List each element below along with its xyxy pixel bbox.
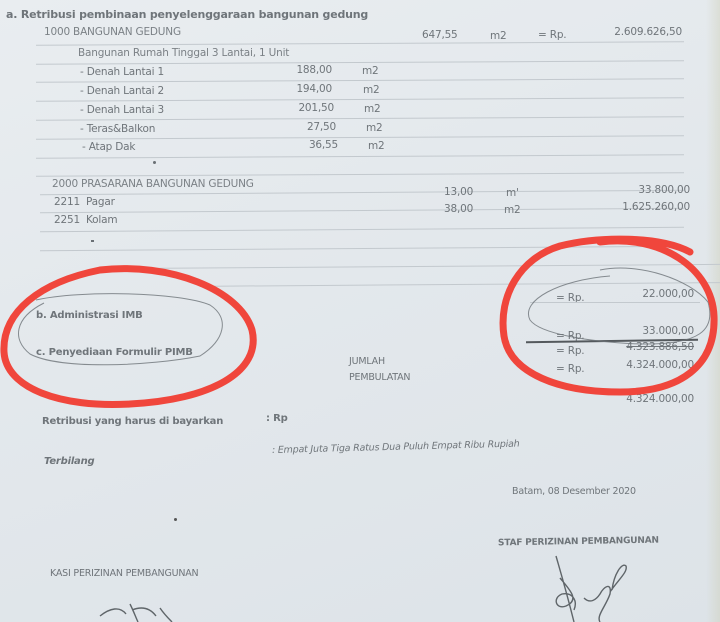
right-signatory-title: STAF PERIZINAN PEMBANGUNAN — [498, 536, 659, 549]
jumlah-eq: = Rp. — [556, 345, 584, 357]
group-1000-unit: m2 — [490, 30, 507, 42]
row-divider — [40, 227, 684, 232]
left-signatory-title: KASI PERIZINAN PEMBANGUNAN — [50, 568, 198, 579]
section-b-label: b. Administrasi IMB — [36, 310, 143, 321]
retribusi-label: Retribusi yang harus di bayarkan — [42, 416, 223, 427]
red-circle-left — [4, 269, 253, 405]
item-area: 36,55 — [288, 139, 338, 151]
row-divider — [36, 154, 684, 158]
row-divider — [36, 135, 684, 139]
signature-right — [556, 556, 626, 622]
item-unit: m2 — [364, 103, 381, 115]
ink-dot — [91, 240, 94, 242]
group-2000-label: 2000 PRASARANA BANGUNAN GEDUNG — [52, 178, 254, 190]
section-c-label: c. Penyediaan Formulir PIMB — [36, 347, 193, 358]
item-area: 194,00 — [282, 83, 332, 95]
item-label: - Denah Lantai 1 — [80, 66, 164, 78]
group-1000-eq: = Rp. — [538, 29, 566, 41]
retribusi-value: : Rp — [266, 413, 288, 424]
payable-amount-handwritten: 4.324.000,00 — [604, 393, 694, 405]
item-unit: m2 — [362, 65, 379, 77]
place-date: Batam, 08 Desember 2020 — [512, 486, 636, 497]
group-1000-amount: 2.609.626,50 — [590, 26, 682, 38]
row-divider — [200, 282, 720, 287]
terbilang-value: : Empat Juta Tiga Ratus Dua Puluh Empat … — [272, 439, 520, 456]
item-label: Pagar — [86, 196, 115, 208]
section-a-heading: a. Retribusi pembinaan penyelenggaraan b… — [6, 8, 368, 21]
row-divider — [120, 264, 720, 269]
row-divider — [36, 172, 684, 176]
jumlah-label: JUMLAH — [349, 356, 385, 367]
row-divider — [36, 41, 684, 45]
item-area: 27,50 — [286, 121, 336, 133]
row-divider — [36, 78, 684, 82]
ink-dot — [174, 518, 177, 521]
group-1000-subtitle: Bangunan Rumah Tinggal 3 Lantai, 1 Unit — [78, 47, 289, 59]
item-area: 188,00 — [282, 64, 332, 76]
item-area: 201,50 — [284, 102, 334, 114]
paper-edge — [706, 0, 720, 622]
pembulatan-eq: = Rp. — [556, 363, 584, 375]
ink-dot — [153, 161, 156, 164]
item-unit: m2 — [366, 122, 383, 134]
row-divider — [36, 60, 684, 64]
item-qty: 38,00 — [444, 203, 473, 215]
item-label: - Atap Dak — [82, 141, 135, 153]
item-label: - Denah Lantai 3 — [80, 104, 164, 116]
section-b-amount: 22.000,00 — [604, 288, 694, 300]
group-1000-label: 1000 BANGUNAN GEDUNG — [44, 26, 181, 38]
item-label: Kolam — [86, 214, 117, 226]
section-c-amount: 33.000,00 — [604, 325, 694, 337]
terbilang-label: Terbilang — [44, 456, 95, 467]
item-code: 2251 — [54, 214, 80, 226]
row-divider — [40, 246, 684, 251]
signature-left — [100, 604, 172, 622]
row-divider — [36, 97, 684, 101]
item-label: - Denah Lantai 2 — [80, 85, 164, 97]
item-label: - Teras&Balkon — [80, 123, 155, 135]
item-qty: 13,00 — [444, 186, 473, 198]
pembulatan-label: PEMBULATAN — [349, 372, 410, 383]
item-amount: 33.800,00 — [582, 184, 690, 196]
item-unit: m2 — [363, 84, 380, 96]
row-divider — [530, 302, 700, 303]
item-amount: 1.625.260,00 — [582, 201, 690, 213]
jumlah-amount: 4.323.886,50 — [604, 341, 694, 353]
row-divider — [36, 116, 684, 120]
item-code: 2211 — [54, 196, 80, 208]
group-1000-total-area: 647,55 — [422, 29, 458, 41]
item-unit: m2 — [368, 140, 385, 152]
item-unit: m' — [506, 187, 519, 199]
pembulatan-amount: 4.324.000,00 — [604, 359, 694, 371]
item-unit: m2 — [504, 204, 521, 216]
